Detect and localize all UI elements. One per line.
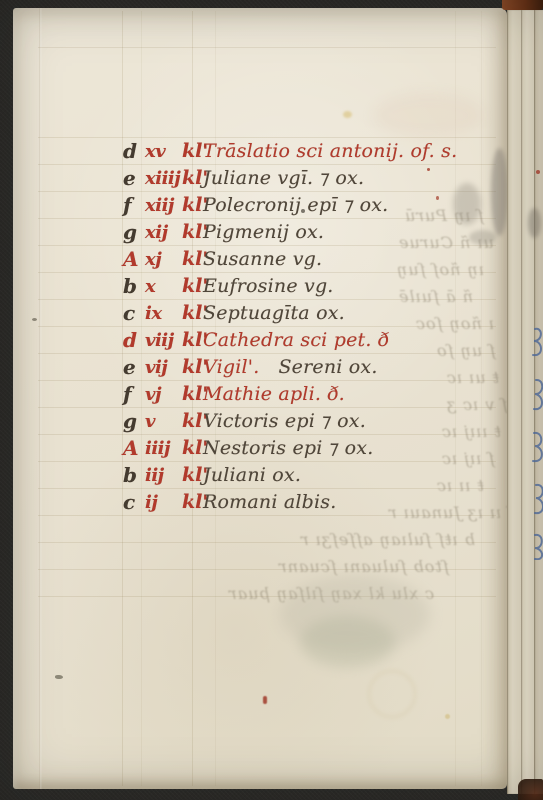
golden-number: iiij xyxy=(145,436,170,461)
bottom-right-binding-corner xyxy=(518,779,543,800)
ruling-line-horizontal xyxy=(38,137,496,138)
blue-pen-doodle xyxy=(523,325,543,560)
feast-entry: Nestoris epi ⁊ ox. xyxy=(203,436,373,461)
showthrough-text: c xlu kl xaŋ ſılſaŋ þuar xyxy=(228,584,434,604)
calendar-row: cixkl'Septuagīta ox. xyxy=(123,301,507,328)
golden-number: viij xyxy=(145,328,174,353)
top-right-binding-fragment xyxy=(502,0,543,10)
feast-entry-text: Cathedra sci pet. ð xyxy=(203,329,389,351)
dominical-letter: c xyxy=(123,490,143,515)
dominical-letter: f xyxy=(123,382,143,407)
dominical-letter: f xyxy=(123,193,143,218)
calendar-row: cijkl'Romani albis. xyxy=(123,490,507,517)
feast-entry-text: Vigil'. xyxy=(203,356,259,378)
golden-number: xj xyxy=(145,247,161,272)
feast-entry-text: Eufrosine vg. xyxy=(203,275,334,297)
dominical-letter: e xyxy=(123,355,143,380)
dominical-letter: c xyxy=(123,301,143,326)
dominical-letter: b xyxy=(123,463,143,488)
feast-entry: Eufrosine vg. xyxy=(203,274,334,299)
dark-speck xyxy=(55,675,63,679)
feast-entry-text: Victoris epi ⁊ ox. xyxy=(203,410,366,432)
feast-entry: Mathie apli. ð. xyxy=(203,382,345,407)
ruling-line-horizontal xyxy=(38,47,496,48)
dominical-letter: b xyxy=(123,274,143,299)
feast-entry: Victoris epi ⁊ ox. xyxy=(203,409,366,434)
stain xyxy=(373,93,483,138)
golden-number: x xyxy=(145,274,155,299)
fore-edge-strip xyxy=(507,10,521,794)
feast-entry: Juliani ox. xyxy=(203,463,301,488)
feast-entry-secondary: Sereni ox. xyxy=(278,356,377,378)
calendar-row: evijkl'Vigil'.Sereni ox. xyxy=(123,355,507,382)
feast-entry-text: Susanne vg. xyxy=(203,248,322,270)
feast-entry: Vigil'.Sereni ox. xyxy=(203,355,378,380)
dark-speck xyxy=(32,318,37,321)
feast-entry-text: Nestoris epi ⁊ ox. xyxy=(203,437,373,459)
calendar-row: Aiiijkl'Nestoris epi ⁊ ox. xyxy=(123,436,507,463)
feast-entry: Susanne vg. xyxy=(203,247,322,272)
dominical-letter: A xyxy=(123,436,143,461)
calendar-row: fxiijkl'Polecronij epī ⁊ ox. xyxy=(123,193,507,220)
golden-number: iij xyxy=(145,463,164,488)
dominical-letter: A xyxy=(123,247,143,272)
calendar-row: bxkl'Eufrosine vg. xyxy=(123,274,507,301)
stain xyxy=(445,714,450,719)
dominical-letter: d xyxy=(123,328,143,353)
dominical-letter: g xyxy=(123,409,143,434)
dominical-letter: g xyxy=(123,220,143,245)
calendar-row: Axjkl'Susanne vg. xyxy=(123,247,507,274)
feast-entry-text: Juliane vgī. ⁊ ox. xyxy=(203,167,364,189)
calendar-row: gxijkl'Pigmenij ox. xyxy=(123,220,507,247)
red-speck xyxy=(263,696,267,704)
feast-entry: Cathedra sci pet. ð xyxy=(203,328,389,353)
golden-number: ij xyxy=(145,490,157,515)
feast-entry: Juliane vgī. ⁊ ox. xyxy=(203,166,364,191)
calendar-row: biijkl'Juliani ox. xyxy=(123,463,507,490)
calendar-row: gvkl'Victoris epi ⁊ ox. xyxy=(123,409,507,436)
golden-number: v xyxy=(145,409,155,434)
feast-entry-text: Juliani ox. xyxy=(203,464,301,486)
feast-entry-text: Mathie apli. ð. xyxy=(203,383,345,405)
feast-entry-text: Trāslatio sci antonij. of. s. xyxy=(203,140,457,162)
feast-entry-text: Pigmenij ox. xyxy=(203,221,324,243)
feast-entry-text: Polecronij epī ⁊ ox. xyxy=(203,194,388,216)
calendar-row: dxvkl'Trāslatio sci antonij. of. s. xyxy=(123,139,507,166)
golden-number: ix xyxy=(145,301,162,326)
golden-number: xv xyxy=(145,139,165,164)
feast-entry: Septuagīta ox. xyxy=(203,301,345,326)
feast-entry: Polecronij epī ⁊ ox. xyxy=(203,193,388,218)
golden-number: xiiij xyxy=(145,166,180,191)
dominical-letter: e xyxy=(123,166,143,191)
stain xyxy=(300,616,395,668)
dominical-letter: d xyxy=(123,139,143,164)
calendar-row: exiiijkl'Juliane vgī. ⁊ ox. xyxy=(123,166,507,193)
feast-entry: Trāslatio sci antonij. of. s. xyxy=(203,139,457,164)
stain xyxy=(343,111,352,118)
page-crease xyxy=(39,8,42,789)
golden-number: vij xyxy=(145,355,167,380)
showthrough-text: b ıŧſ ſulıaŋ aſſeſʒı r xyxy=(300,530,475,550)
calendar-row: fvjkl'Mathie apli. ð. xyxy=(123,382,507,409)
golden-number: xiij xyxy=(145,193,174,218)
feast-entry: Pigmenij ox. xyxy=(203,220,324,245)
golden-number: xij xyxy=(145,220,168,245)
golden-number: vj xyxy=(145,382,161,407)
feast-entry-text: Romani albis. xyxy=(203,491,336,513)
manuscript-page: ſ ıŋ Purūuı ñ Curueıŋ ñoſ ſuŋñ ā ſuılēı … xyxy=(13,8,507,789)
feast-entry-text: Septuagīta ox. xyxy=(203,302,345,324)
stain xyxy=(368,670,416,718)
showthrough-text: ſtob ſuluanı ſcuanr xyxy=(278,557,449,577)
calendar-row: dviijkl'Cathedra sci pet. ð xyxy=(123,328,507,355)
feast-entry: Romani albis. xyxy=(203,490,336,515)
